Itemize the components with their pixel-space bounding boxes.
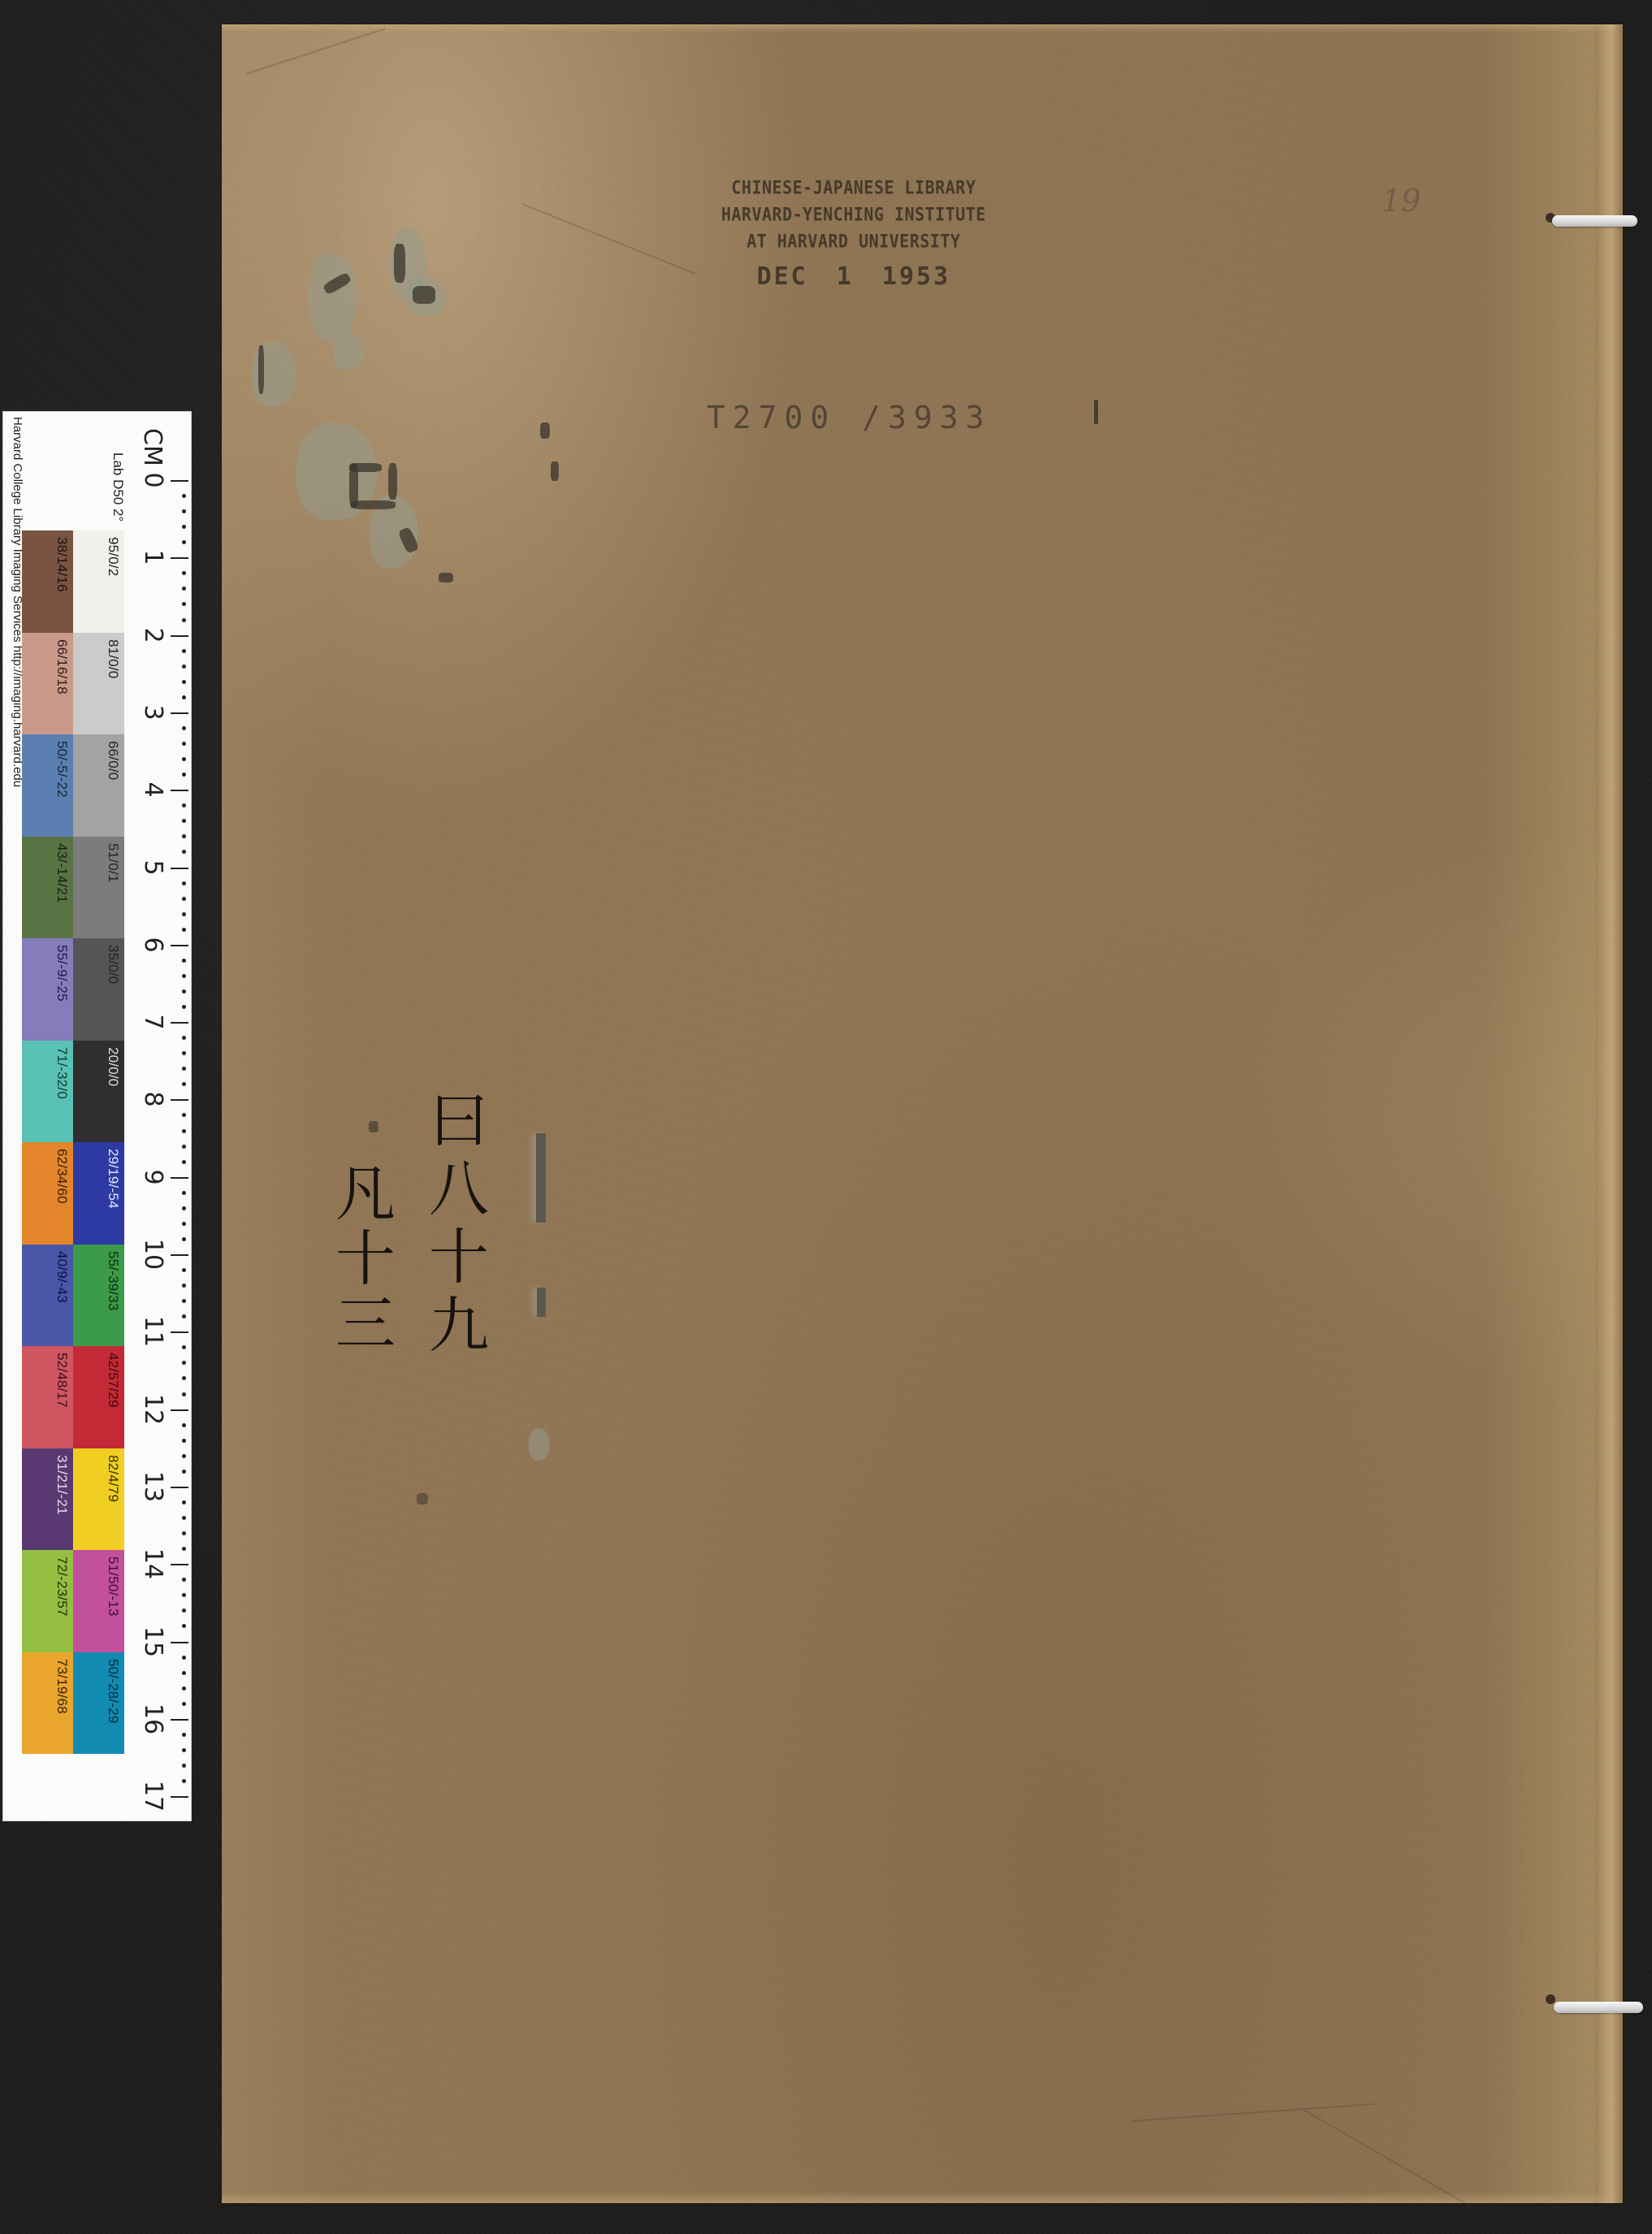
ruler-number: 15 — [138, 1626, 167, 1656]
ruler-minor-tick — [182, 1067, 186, 1071]
ruler-number: 9 — [138, 1169, 167, 1184]
ruler-minor-tick — [182, 1547, 186, 1551]
ruler-minor-tick — [182, 680, 186, 684]
ruler-number: 0 — [138, 472, 167, 487]
ruler-major-tick — [171, 1254, 188, 1256]
stamp-line: HARVARD-YENCHING INSTITUTE — [707, 200, 1000, 229]
library-accession-stamp: CHINESE-JAPANESE LIBRARY HARVARD-YENCHIN… — [707, 175, 1000, 299]
ruler-minor-tick — [182, 1206, 186, 1210]
ruler-minor-tick — [182, 1361, 186, 1365]
ruler-minor-tick — [182, 509, 186, 513]
ruler-minor-tick — [182, 819, 186, 823]
binding-thread-bottom — [1554, 2002, 1643, 2013]
ink-smudge — [529, 1428, 550, 1461]
ruler-number: 7 — [138, 1015, 167, 1030]
ruler-minor-tick — [182, 1284, 186, 1288]
ruler-minor-tick — [182, 1624, 186, 1628]
ruler-minor-tick — [182, 665, 186, 669]
ruler-minor-tick — [182, 1500, 186, 1504]
ruler-number: 4 — [138, 782, 167, 798]
ruler-minor-tick — [182, 850, 186, 854]
ruler-minor-tick — [182, 989, 186, 994]
ruler-minor-tick — [182, 897, 186, 901]
ruler-minor-tick — [182, 773, 186, 777]
ruler-minor-tick — [182, 1082, 186, 1086]
grey-swatch: 20/0/0 — [73, 1041, 124, 1143]
ruler-minor-tick — [182, 1516, 186, 1520]
ruler-minor-tick — [182, 1314, 186, 1318]
handwritten-inscription: 曰八十九 凡十三 — [318, 1089, 530, 1397]
ruler-minor-tick — [182, 726, 186, 730]
ruler-number: 1 — [138, 550, 167, 565]
ruler-minor-tick — [182, 1299, 186, 1303]
ruler-major-tick — [171, 1099, 188, 1101]
ruler-minor-tick — [182, 834, 186, 838]
ruler-major-tick — [171, 1564, 188, 1565]
ruler-minor-tick — [182, 1392, 186, 1396]
grey-swatch-column: 95/0/2 81/0/0 66/0/0 51/0/1 35/0/0 20/0/… — [73, 530, 124, 1754]
stamp-line: AT HARVARD UNIVERSITY — [707, 227, 1000, 256]
ruler-minor-tick — [182, 1376, 186, 1380]
ruler-minor-tick — [182, 1656, 186, 1660]
ruler-number: 13 — [138, 1471, 167, 1502]
grey-swatch: 42/57/29 — [73, 1346, 124, 1448]
color-swatch: 66/16/18 — [22, 633, 73, 735]
grey-swatch: 51/0/1 — [73, 837, 124, 939]
ruler-major-tick — [171, 1642, 188, 1643]
handwritten-volume-number: 19 — [1382, 183, 1421, 219]
color-swatch: 43/-14/21 — [22, 837, 73, 939]
ruler-number: 2 — [138, 627, 167, 643]
ink-dot — [417, 1493, 428, 1504]
ruler-minor-tick — [182, 1145, 186, 1149]
color-swatch: 72/-23/57 — [22, 1550, 73, 1652]
ruler-minor-tick — [182, 742, 186, 746]
ruler-major-tick — [171, 635, 188, 637]
ruler-minor-tick — [182, 1748, 186, 1752]
ruler-major-tick — [171, 1331, 188, 1333]
ruler-major-tick — [171, 557, 188, 559]
ruler-minor-tick — [182, 525, 186, 529]
ruler-number: 11 — [138, 1316, 167, 1347]
ruler-major-tick — [171, 1796, 188, 1798]
ruler-minor-tick — [182, 1671, 186, 1675]
grey-swatch: 35/0/0 — [73, 938, 124, 1041]
faded-ink-bar — [537, 1288, 546, 1317]
ruler-number: 16 — [138, 1704, 167, 1734]
grey-swatch: 55/-39/33 — [73, 1245, 124, 1347]
color-swatch: 40/9/-43 — [22, 1245, 73, 1347]
stitch-hole — [1546, 1994, 1555, 2004]
ruler-major-tick — [171, 1022, 188, 1024]
ruler-minor-tick — [182, 1578, 186, 1582]
ruler-minor-tick — [182, 695, 186, 699]
binding-thread-top — [1552, 215, 1637, 227]
lab-d50-label: Lab D50 2° — [110, 452, 126, 522]
ruler-minor-tick — [182, 587, 186, 591]
color-swatch-column: 38/14/16 66/16/18 50/-5/-22 43/-14/21 55… — [22, 530, 73, 1754]
ruler-minor-tick — [182, 1733, 186, 1737]
ruler-minor-tick — [182, 1268, 186, 1272]
ruler-minor-tick — [182, 757, 186, 761]
ruler-minor-tick — [182, 881, 186, 885]
book-cover: CHINESE-JAPANESE LIBRARY HARVARD-YENCHIN… — [222, 24, 1623, 2203]
ruler-major-tick — [171, 1177, 188, 1179]
stamp-date: DEC 1 1953 — [707, 255, 1000, 299]
ruler-major-tick — [171, 480, 188, 482]
paper-crease — [1131, 2103, 1374, 2122]
grey-swatch: 51/50/-13 — [73, 1550, 124, 1652]
ruler-major-tick — [171, 868, 188, 869]
ruler-number: 10 — [138, 1239, 167, 1270]
cover-top-edge — [222, 24, 1623, 32]
ruler-number: 17 — [138, 1781, 167, 1812]
ruler-minor-tick — [182, 974, 186, 978]
ruler-minor-tick — [182, 1005, 186, 1009]
ruler-minor-tick — [182, 540, 186, 544]
ruler-number: 6 — [138, 937, 167, 952]
color-swatch: 38/14/16 — [22, 530, 73, 633]
ruler-minor-tick — [182, 1779, 186, 1783]
ruler-minor-tick — [182, 1237, 186, 1241]
color-swatch: 62/34/60 — [22, 1142, 73, 1245]
grey-swatch: 50/-28/-29 — [73, 1652, 124, 1755]
volume-mark — [1094, 400, 1098, 424]
ruler-minor-tick — [182, 912, 186, 916]
ruler-number: 3 — [138, 704, 167, 720]
ruler-minor-tick — [182, 618, 186, 622]
color-calibration-target: Harvard College Library Imaging Services… — [2, 411, 192, 1821]
ruler-minor-tick — [182, 1454, 186, 1458]
ruler-minor-tick — [182, 928, 186, 932]
ruler-minor-tick — [182, 1129, 186, 1133]
ruler-major-tick — [171, 712, 188, 714]
ruler-major-tick — [171, 1409, 188, 1411]
centimeter-ruler: 01234567891011121314151617 — [125, 412, 190, 1821]
paper-crease — [246, 28, 386, 75]
grey-swatch: 81/0/0 — [73, 633, 124, 735]
ruler-minor-tick — [182, 1191, 186, 1195]
color-swatch: 55/-9/-25 — [22, 938, 73, 1041]
faded-ink-bar — [536, 1133, 546, 1223]
ruler-number: 8 — [138, 1092, 167, 1107]
ruler-major-tick — [171, 790, 188, 791]
ruler-minor-tick — [182, 1439, 186, 1443]
ruler-number: 12 — [138, 1394, 167, 1425]
call-number: T2700 /3933 — [707, 400, 992, 435]
ruler-minor-tick — [182, 1593, 186, 1597]
grey-swatch: 82/4/79 — [73, 1448, 124, 1551]
ruler-minor-tick — [182, 1423, 186, 1427]
ruler-minor-tick — [182, 602, 186, 606]
ruler-minor-tick — [182, 1470, 186, 1474]
ruler-minor-tick — [182, 1036, 186, 1040]
binding-edge — [1595, 24, 1623, 2203]
faded-title-calligraphy — [227, 227, 585, 609]
ink-dot — [369, 1121, 378, 1132]
ruler-major-tick — [171, 945, 188, 946]
ruler-minor-tick — [182, 494, 186, 498]
ruler-number: 5 — [138, 859, 167, 875]
color-swatch: 31/21/-21 — [22, 1448, 73, 1551]
grey-swatch: 29/19/-54 — [73, 1142, 124, 1245]
ruler-minor-tick — [182, 571, 186, 575]
ruler-minor-tick — [182, 1051, 186, 1055]
inscription-left-column: 凡十三 — [331, 1162, 391, 1357]
ruler-minor-tick — [182, 1764, 186, 1768]
stamp-line: CHINESE-JAPANESE LIBRARY — [707, 173, 1000, 202]
ruler-minor-tick — [182, 803, 186, 807]
ruler-minor-tick — [182, 649, 186, 653]
cover-bottom-edge — [222, 2192, 1623, 2203]
color-swatch: 50/-5/-22 — [22, 734, 73, 837]
inscription-right-column: 曰八十九 — [424, 1089, 484, 1362]
ruler-minor-tick — [182, 1702, 186, 1706]
ruler-number: 14 — [138, 1548, 167, 1579]
ruler-minor-tick — [182, 959, 186, 963]
ruler-minor-tick — [182, 1160, 186, 1164]
grey-swatch: 66/0/0 — [73, 734, 124, 837]
color-swatch: 52/48/17 — [22, 1346, 73, 1448]
ruler-minor-tick — [182, 1686, 186, 1691]
grey-swatch: 95/0/2 — [73, 530, 124, 633]
ruler-minor-tick — [182, 1222, 186, 1226]
ruler-minor-tick — [182, 1608, 186, 1613]
ruler-minor-tick — [182, 1345, 186, 1349]
color-swatch: 73/19/68 — [22, 1652, 73, 1755]
ruler-major-tick — [171, 1487, 188, 1488]
color-swatch: 71/-32/0 — [22, 1041, 73, 1143]
ruler-major-tick — [171, 1719, 188, 1721]
ruler-minor-tick — [182, 1531, 186, 1535]
ruler-minor-tick — [182, 1113, 186, 1117]
